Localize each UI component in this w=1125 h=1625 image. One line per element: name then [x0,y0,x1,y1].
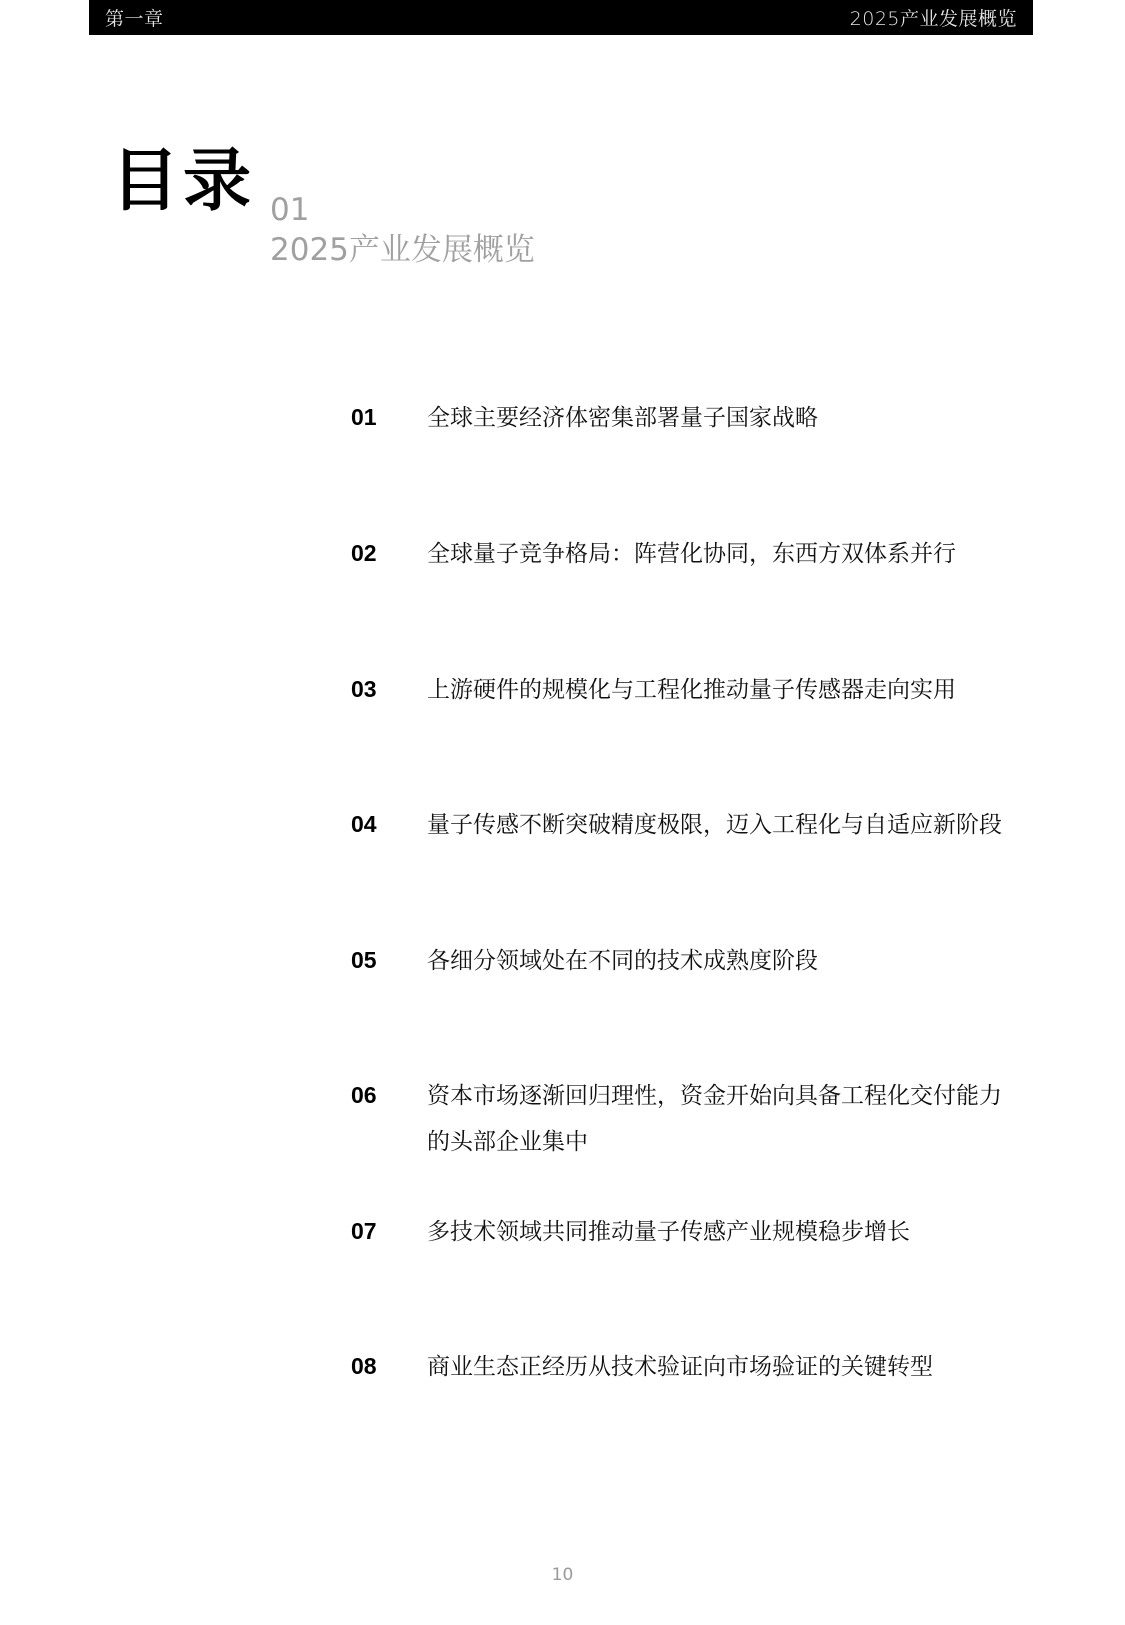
section-label: 2025产业发展概览 [850,4,1017,31]
toc-item-number: 02 [351,531,427,577]
toc-item[interactable]: 08 商业生态正经历从技术验证向市场验证的关键转型 [351,1344,1031,1390]
page-number: 10 [0,1565,1125,1585]
toc-item-number: 06 [351,1073,427,1165]
toc-item[interactable]: 02 全球量子竞争格局：阵营化协同，东西方双体系并行 [351,531,1031,577]
toc-item[interactable]: 05 各细分领域处在不同的技术成熟度阶段 [351,938,1031,984]
toc-item-text: 各细分领域处在不同的技术成熟度阶段 [427,938,1007,984]
toc-item-number: 01 [351,395,427,441]
toc-item-number: 08 [351,1344,427,1390]
toc-item-number: 03 [351,667,427,713]
header-bar: 第一章 2025产业发展概览 [89,0,1033,35]
chapter-label: 第一章 [105,4,164,31]
toc-item-text: 全球量子竞争格局：阵营化协同，东西方双体系并行 [427,531,1007,577]
toc-item-text: 全球主要经济体密集部署量子国家战略 [427,395,1007,441]
toc-item[interactable]: 04 量子传感不断突破精度极限，迈入工程化与自适应新阶段 [351,802,1031,848]
toc-item[interactable]: 07 多技术领域共同推动量子传感产业规模稳步增长 [351,1209,1031,1255]
toc-item-text: 资本市场逐渐回归理性，资金开始向具备工程化交付能力的头部企业集中 [427,1073,1007,1165]
section-number: 01 [270,190,535,230]
toc-item[interactable]: 06 资本市场逐渐回归理性，资金开始向具备工程化交付能力的头部企业集中 [351,1073,1031,1165]
toc-item[interactable]: 01 全球主要经济体密集部署量子国家战略 [351,395,1031,441]
section-heading: 01 2025产业发展概览 [270,190,535,270]
toc-item-text: 商业生态正经历从技术验证向市场验证的关键转型 [427,1344,1007,1390]
toc-item-number: 05 [351,938,427,984]
toc-item-text: 多技术领域共同推动量子传感产业规模稳步增长 [427,1209,1007,1255]
toc-item-number: 04 [351,802,427,848]
toc-title-block: 目录 [111,148,255,216]
toc-item-text: 上游硬件的规模化与工程化推动量子传感器走向实用 [427,667,1007,713]
page-title: 目录 [111,148,255,216]
toc-item[interactable]: 03 上游硬件的规模化与工程化推动量子传感器走向实用 [351,667,1031,713]
section-subtitle: 2025产业发展概览 [270,230,535,270]
toc-item-text: 量子传感不断突破精度极限，迈入工程化与自适应新阶段 [427,802,1007,848]
toc-item-number: 07 [351,1209,427,1255]
